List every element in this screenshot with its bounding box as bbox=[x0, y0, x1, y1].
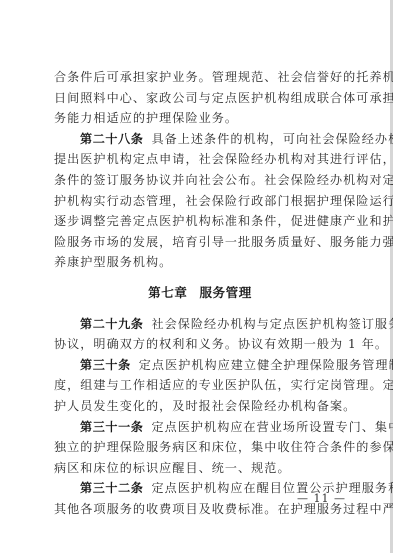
text-line: 合条件后可承担家护业务。管理规范、社会信誉好的托养机构、 bbox=[54, 67, 346, 88]
chapter-heading: 第七章服务管理 bbox=[54, 283, 346, 304]
text-line: 提出医护机构定点申请，社会保险经办机构对其进行评估，符合 bbox=[54, 149, 346, 170]
text-line: 务能力相适应的护理保险业务。 bbox=[54, 108, 346, 129]
article-label: 第二十八条 bbox=[80, 132, 143, 146]
text-line: 定点医护机构应在营业场所设置专门、集中、 bbox=[151, 420, 393, 434]
text-line: 社会保险经办机构与定点医护机构签订服务 bbox=[151, 317, 393, 331]
text-line: 逐步调整完善定点医护机构标准和条件，促进健康产业和护理保 bbox=[54, 211, 346, 232]
text-line: 具备上述条件的机构，可向社会保险经办机构 bbox=[151, 132, 393, 146]
chapter-number: 第七章 bbox=[148, 285, 187, 300]
article-label: 第三十条 bbox=[80, 358, 131, 372]
text-line: 定点医护机构应在醒目位置公示护理服务和 bbox=[151, 481, 393, 495]
text-line: 险服务市场的发展，培育引导一批服务质量好、服务能力强的医 bbox=[54, 232, 346, 253]
text-line: 定点医护机构应建立健全护理保险服务管理制 bbox=[139, 358, 393, 372]
text-line: 护机构实行动态管理，社会保险行政部门根据护理保险运行情况 bbox=[54, 191, 346, 212]
article-29: 第二十九条社会保险经办机构与定点医护机构签订服务 bbox=[54, 314, 346, 335]
text-line: 独立的护理保险服务病区和床位，集中收住符合条件的参保人。 bbox=[54, 437, 346, 458]
article-30: 第三十条定点医护机构应建立健全护理保险服务管理制 bbox=[54, 355, 346, 376]
text-line: 度，组建与工作相适应的专业医护队伍，实行定岗管理。定岗医 bbox=[54, 375, 346, 396]
text-line: 日间照料中心、家政公司与定点医护机构组成联合体可承担与服 bbox=[54, 88, 346, 109]
text-line: 条件的签订服务协议并向社会公布。社会保险经办机构对定点医 bbox=[54, 170, 346, 191]
article-label: 第三十二条 bbox=[80, 481, 143, 495]
article-31: 第三十一条定点医护机构应在营业场所设置专门、集中、 bbox=[54, 417, 346, 438]
text-line: 养康护型服务机构。 bbox=[54, 252, 346, 273]
article-label: 第二十九条 bbox=[80, 317, 143, 331]
text-line: 护人员发生变化的，及时报社会保险经办机构备案。 bbox=[54, 396, 346, 417]
chapter-title: 服务管理 bbox=[199, 285, 251, 300]
text-line: 病区和床位的标识应醒目、统一、规范。 bbox=[54, 458, 346, 479]
page-number: — 11 — bbox=[297, 492, 346, 505]
article-label: 第三十一条 bbox=[80, 420, 143, 434]
text-line: 协议，明确双方的权利和义务。协议有效期一般为 1 年。 bbox=[54, 334, 346, 355]
article-28: 第二十八条具备上述条件的机构，可向社会保险经办机构 bbox=[54, 129, 346, 150]
document-page: 合条件后可承担家护业务。管理规范、社会信誉好的托养机构、 日间照料中心、家政公司… bbox=[54, 67, 346, 519]
